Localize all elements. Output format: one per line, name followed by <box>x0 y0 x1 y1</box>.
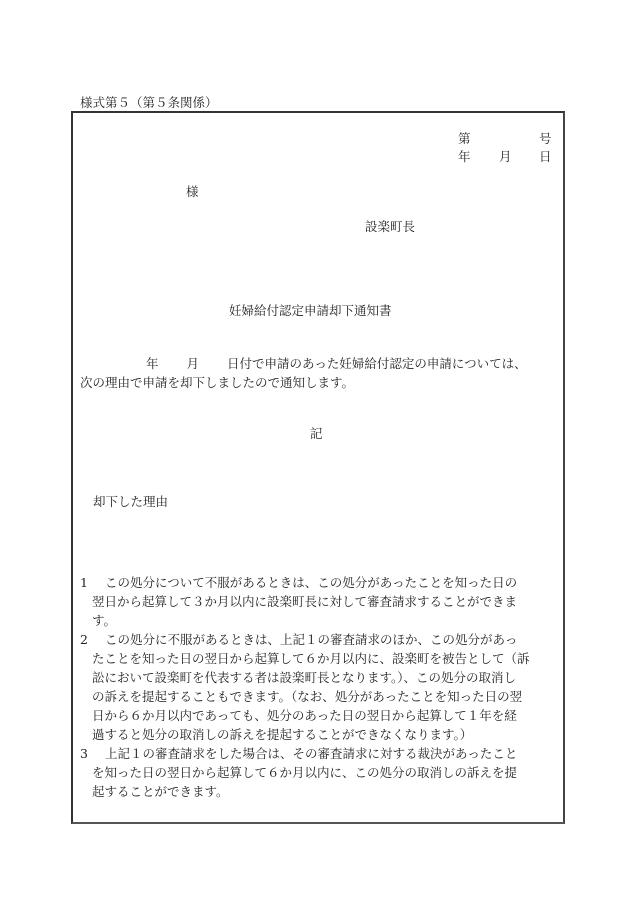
note-line: 2この処分に不服があるときは、上記１の審査請求のほか、この処分があっ <box>80 630 560 649</box>
note-line: 翌日から起算して３か月以内に設楽町長に対して審査請求することができま <box>80 592 560 611</box>
note-line: す。 <box>80 611 560 630</box>
note-number: 3 <box>80 744 105 763</box>
note-line: たことを知った日の翌日から起算して６か月以内に、設楽町を被告として（訴 <box>80 649 560 668</box>
note-item: 2この処分に不服があるときは、上記１の審査請求のほか、この処分があっ たことを知… <box>80 630 560 744</box>
doc-number-suffix: 号 <box>539 129 552 148</box>
addressee-suffix: 様 <box>186 182 199 201</box>
doc-number-prefix: 第 <box>458 129 471 148</box>
ki-heading: 記 <box>310 424 323 443</box>
note-number: 1 <box>80 573 105 592</box>
date-year-label: 年 <box>458 147 471 166</box>
note-line: 起することができます。 <box>80 782 560 801</box>
date-day-label: 日 <box>539 147 552 166</box>
document-title: 妊婦給付認定申請却下通知書 <box>229 301 392 320</box>
body-line-1-text: 日付で申請のあった妊婦給付認定の申請については、 <box>227 354 527 373</box>
reason-label: 却下した理由 <box>93 492 168 511</box>
form-label: 様式第５（第５条関係） <box>80 93 218 112</box>
body-year-label: 年 <box>146 354 159 373</box>
note-number: 2 <box>80 630 105 649</box>
note-line: を知った日の翌日から起算して６か月以内に、この処分の取消しの訴えを提 <box>80 763 560 782</box>
body-line-2: 次の理由で申請を却下しましたので通知します。 <box>80 373 354 392</box>
note-line: 3上記１の審査請求をした場合は、その審査請求に対する裁決があったこと <box>80 744 560 763</box>
note-line: 訟において設楽町を代表する者は設楽町長となります。）、この処分の取消し <box>80 668 560 687</box>
note-line: 過すると処分の取消しの訴えを提起することができなくなります。） <box>80 725 560 744</box>
note-line: 1この処分について不服があるときは、この処分があったことを知った日の <box>80 573 560 592</box>
body-month-label: 月 <box>187 354 200 373</box>
note-line: の訴えを提起することもできます。（なお、処分があったことを知った日の翌 <box>80 687 560 706</box>
issuer-name: 設楽町長 <box>365 217 415 236</box>
body-line-1: 年月日付で申請のあった妊婦給付認定の申請については、 <box>146 354 527 373</box>
note-item: 1この処分について不服があるときは、この処分があったことを知った日の 翌日から起… <box>80 573 560 630</box>
notes-section: 1この処分について不服があるときは、この処分があったことを知った日の 翌日から起… <box>80 573 560 801</box>
note-item: 3上記１の審査請求をした場合は、その審査請求に対する裁決があったこと を知った日… <box>80 744 560 801</box>
date-month-label: 月 <box>499 147 512 166</box>
note-line: 日から６か月以内であっても、処分のあった日の翌日から起算して１年を経 <box>80 706 560 725</box>
